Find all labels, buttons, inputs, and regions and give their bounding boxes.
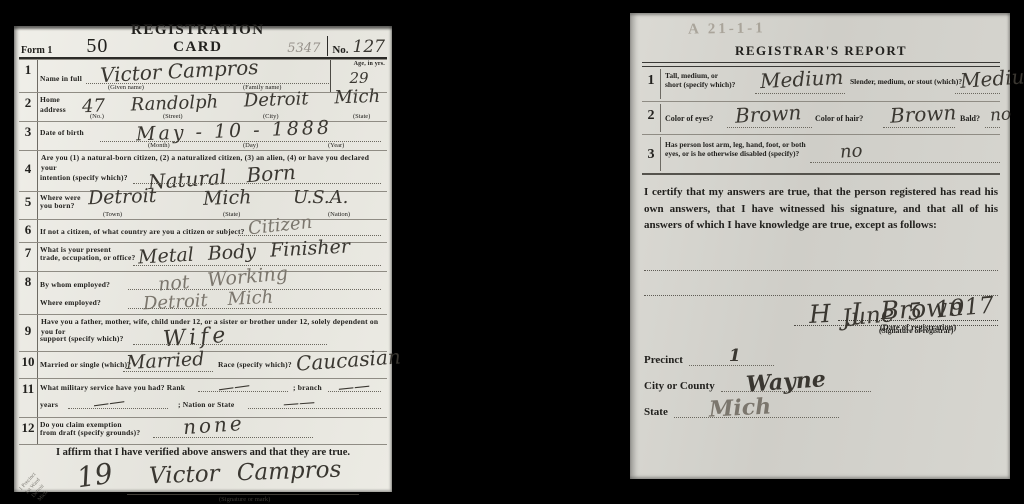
affirmation-row: I affirm that I have verified above answ… — [19, 444, 387, 458]
row-where-born-body: Where were you born? Detroit Mich U.S.A.… — [38, 192, 387, 219]
state-label: State — [644, 406, 668, 418]
rank-line — [198, 391, 288, 392]
row-number: 3 — [19, 122, 38, 150]
row-build-body: Tall, medium, or short (specify which)? … — [665, 69, 1000, 99]
where-employed-label: Where employed? — [40, 298, 101, 308]
height-value: Medium — [760, 67, 844, 91]
disability-label-line2: eyes, or is he otherwise disabled (speci… — [665, 149, 799, 159]
dob-month-sublabel: (Month) — [148, 142, 170, 149]
eyes-line — [727, 127, 812, 128]
row-number: 11 — [19, 379, 38, 417]
city-county-value: Wayne — [745, 368, 826, 396]
military-branch-label: ; branch — [293, 383, 322, 393]
row-dependents: 9 Have you a father, mother, wife, child… — [19, 314, 387, 351]
build-value: Medium — [959, 65, 1024, 91]
header-divider — [327, 36, 328, 56]
by-whom-employed-label: By whom employed? — [40, 280, 110, 290]
citizen-of-label: If not a citizen, of what country are yo… — [40, 227, 245, 237]
signature-line — [127, 494, 359, 495]
signature-zone: 19 Victor Campros (Signature or mark) 1 … — [19, 458, 387, 504]
row-number: 10 — [19, 352, 38, 378]
age-value: 29 — [333, 71, 385, 86]
registration-card: Form 1 50 REGISTRATION CARD 5347 No. 127… — [14, 26, 392, 492]
disability-value: no — [839, 142, 863, 162]
state-row: State Mich — [644, 396, 998, 418]
bald-label: Bald? — [960, 114, 980, 125]
date-of-registration-box: June 5 1917 (Date of registration) — [838, 301, 998, 332]
no-label: No. — [332, 44, 348, 56]
row-home-address: 2 Home address 47 Randolph Detroit Mich … — [19, 92, 387, 121]
bald-line — [985, 127, 1000, 128]
row-dependents-body: Have you a father, mother, wife, child u… — [38, 315, 387, 351]
row-military-body: What military service have you had? Rank… — [38, 379, 387, 417]
registrant-signature: Victor Campros — [149, 459, 342, 489]
precinct-line: 1 — [689, 365, 774, 366]
city-county-label: City or County — [644, 380, 715, 392]
dob-day-sublabel: (Day) — [243, 142, 258, 149]
married-single-label: Married or single (which)? — [40, 360, 131, 370]
bald-value: no — [989, 106, 1011, 124]
build-line — [955, 93, 1000, 94]
file-stamp: A 21-1-1 — [688, 20, 766, 38]
row-number: 1 — [642, 69, 661, 99]
row-employer-body: By whom employed? not Working Where empl… — [38, 272, 387, 314]
row-number: 9 — [19, 315, 38, 351]
eyes-value: Brown — [735, 102, 802, 125]
years-line — [68, 408, 168, 409]
form-number-label: Form 1 — [21, 45, 52, 56]
exemption-label-line2: from draft (specify grounds)? — [40, 428, 140, 438]
row-where-born: 5 Where were you born? Detroit Mich U.S.… — [19, 191, 387, 219]
employer-write-line2 — [128, 308, 381, 309]
dependents-label-line2: support (specify which)? — [40, 334, 124, 344]
hair-line — [883, 127, 955, 128]
where-employed-value: Detroit Mich — [143, 289, 274, 314]
row-number: 1 — [19, 60, 38, 92]
born-state-value: Mich — [203, 188, 252, 209]
row-married-race: 10 Married or single (which)? Married Ra… — [19, 351, 387, 378]
row-exemption: 12 Do you claim exemption from draft (sp… — [19, 417, 387, 444]
citizenship-question-line2: intention (specify which)? — [40, 173, 128, 183]
name-label: Name in full — [40, 74, 82, 84]
row-trade-body: What is your present trade, occupation, … — [38, 243, 387, 271]
certification-text: I certify that my answers are true, that… — [644, 184, 998, 234]
row-military-service: 11 What military service have you had? R… — [19, 378, 387, 417]
nation-line — [248, 408, 381, 409]
branch-line — [328, 391, 381, 392]
precinct-row: Precinct 1 — [644, 344, 998, 366]
dependents-write-line — [133, 344, 327, 345]
state-line: Mich — [674, 417, 839, 418]
exemption-value: none — [182, 413, 245, 437]
home-address-label: Home address — [40, 95, 76, 115]
nation-dash: —— — [282, 394, 315, 412]
row-number: 4 — [19, 151, 38, 191]
row-exemption-body: Do you claim exemption from draft (speci… — [38, 418, 387, 444]
branch-dash: —— — [337, 377, 370, 396]
row-number: 2 — [642, 104, 661, 132]
years-dash: —— — [92, 393, 126, 413]
born-nation-value: U.S.A. — [293, 189, 348, 207]
dependents-value: Wife — [162, 325, 230, 352]
row-number: 12 — [19, 418, 38, 444]
born-town-sublabel: (Town) — [103, 211, 122, 218]
build-label: Slender, medium, or stout (which)? — [850, 77, 962, 87]
registration-card-header: Form 1 50 REGISTRATION CARD 5347 No. 127 — [19, 28, 387, 59]
dob-year-sublabel: (Year) — [328, 142, 344, 149]
nation-state-label: ; Nation or State — [178, 400, 234, 410]
precinct-label: Precinct — [644, 354, 683, 366]
row-disability: 3 Has person lost arm, leg, hand, foot, … — [642, 135, 1000, 175]
row-citizenship-body: Are you (1) a natural-born citizen, (2) … — [38, 151, 387, 191]
serial-number: 50 — [86, 36, 108, 56]
tally-number: 19 — [75, 460, 114, 493]
trade-label-line2: trade, occupation, or office? — [40, 253, 135, 263]
city-county-row: City or County Wayne — [644, 370, 998, 392]
married-write-line — [123, 371, 213, 372]
exception-blank-line-1 — [644, 250, 998, 271]
row-trade: 7 What is your present trade, occupation… — [19, 242, 387, 271]
row-date-of-birth: 3 Date of birth May - 10 - 1888 (Month) … — [19, 121, 387, 150]
precinct-value: 1 — [729, 348, 741, 365]
age-label: Age, in yrs. — [333, 61, 385, 69]
disability-line — [810, 162, 1000, 163]
dob-label: Date of birth — [40, 128, 84, 138]
trade-value: Metal Body Finisher — [138, 237, 351, 267]
row-dob-body: Date of birth May - 10 - 1888 (Month) (D… — [38, 122, 387, 150]
row-citizenship: 4 Are you (1) a natural-born citizen, (2… — [19, 150, 387, 191]
row-eyes-hair: 2 Color of eyes? Brown Color of hair? Br… — [642, 102, 1000, 135]
born-state-sublabel: (State) — [223, 211, 240, 218]
home-address-value: 47 Randolph Detroit Mich — [82, 88, 381, 116]
married-value: Married — [126, 350, 205, 373]
precinct-corner-stamp: 1 Precinct 1st Ward Detroit Mich. — [18, 472, 54, 504]
address-no-sublabel: (No.) — [90, 113, 104, 120]
race-value: Caucasian — [295, 346, 401, 373]
exemption-write-line — [153, 437, 313, 438]
row-number: 2 — [19, 93, 38, 121]
row-number: 7 — [19, 243, 38, 271]
height-line — [755, 93, 845, 94]
state-value: Mich — [708, 395, 771, 420]
name-value: Victor Campros — [100, 57, 259, 85]
where-born-label-line2: you born? — [40, 201, 75, 211]
row-number: 6 — [19, 220, 38, 242]
stamped-number: 5347 — [287, 41, 320, 56]
address-state-sublabel: (State) — [353, 113, 370, 120]
address-street-sublabel: (Street) — [163, 113, 183, 120]
rank-dash: —— — [217, 377, 251, 397]
race-label: Race (specify which)? — [218, 360, 292, 370]
row-build: 1 Tall, medium, or short (specify which)… — [642, 67, 1000, 102]
row-number: 5 — [19, 192, 38, 219]
born-town-value: Detroit — [88, 187, 157, 208]
citizen-of-write-line — [238, 235, 381, 236]
hair-value: Brown — [890, 102, 957, 125]
signature-caption: (Signature or mark) — [219, 496, 270, 503]
card-number-handwritten: 127 — [353, 39, 385, 56]
card-title: REGISTRATION CARD — [108, 22, 287, 56]
row-married-race-body: Married or single (which)? Married Race … — [38, 352, 387, 378]
citizenship-write-line — [133, 183, 381, 184]
row-eyes-hair-body: Color of eyes? Brown Color of hair? Brow… — [665, 104, 1000, 132]
given-name-sublabel: (Given name) — [108, 84, 144, 91]
row-employer: 8 By whom employed? not Working Where em… — [19, 271, 387, 314]
registrars-report-card: A 21-1-1 REGISTRAR'S REPORT 1 Tall, medi… — [630, 13, 1010, 479]
military-years-label: years — [40, 400, 58, 410]
city-county-line: Wayne — [721, 391, 871, 392]
eyes-label: Color of eyes? — [665, 114, 713, 125]
height-label-line2: short (specify which)? — [665, 80, 735, 90]
born-nation-sublabel: (Nation) — [328, 211, 350, 218]
row-number: 3 — [642, 137, 661, 171]
row-home-address-body: Home address 47 Randolph Detroit Mich (N… — [38, 93, 387, 121]
hair-label: Color of hair? — [815, 114, 863, 125]
row-disability-body: Has person lost arm, leg, hand, foot, or… — [665, 137, 1000, 171]
exception-blank-line-2 — [644, 271, 998, 296]
row-number: 8 — [19, 272, 38, 314]
